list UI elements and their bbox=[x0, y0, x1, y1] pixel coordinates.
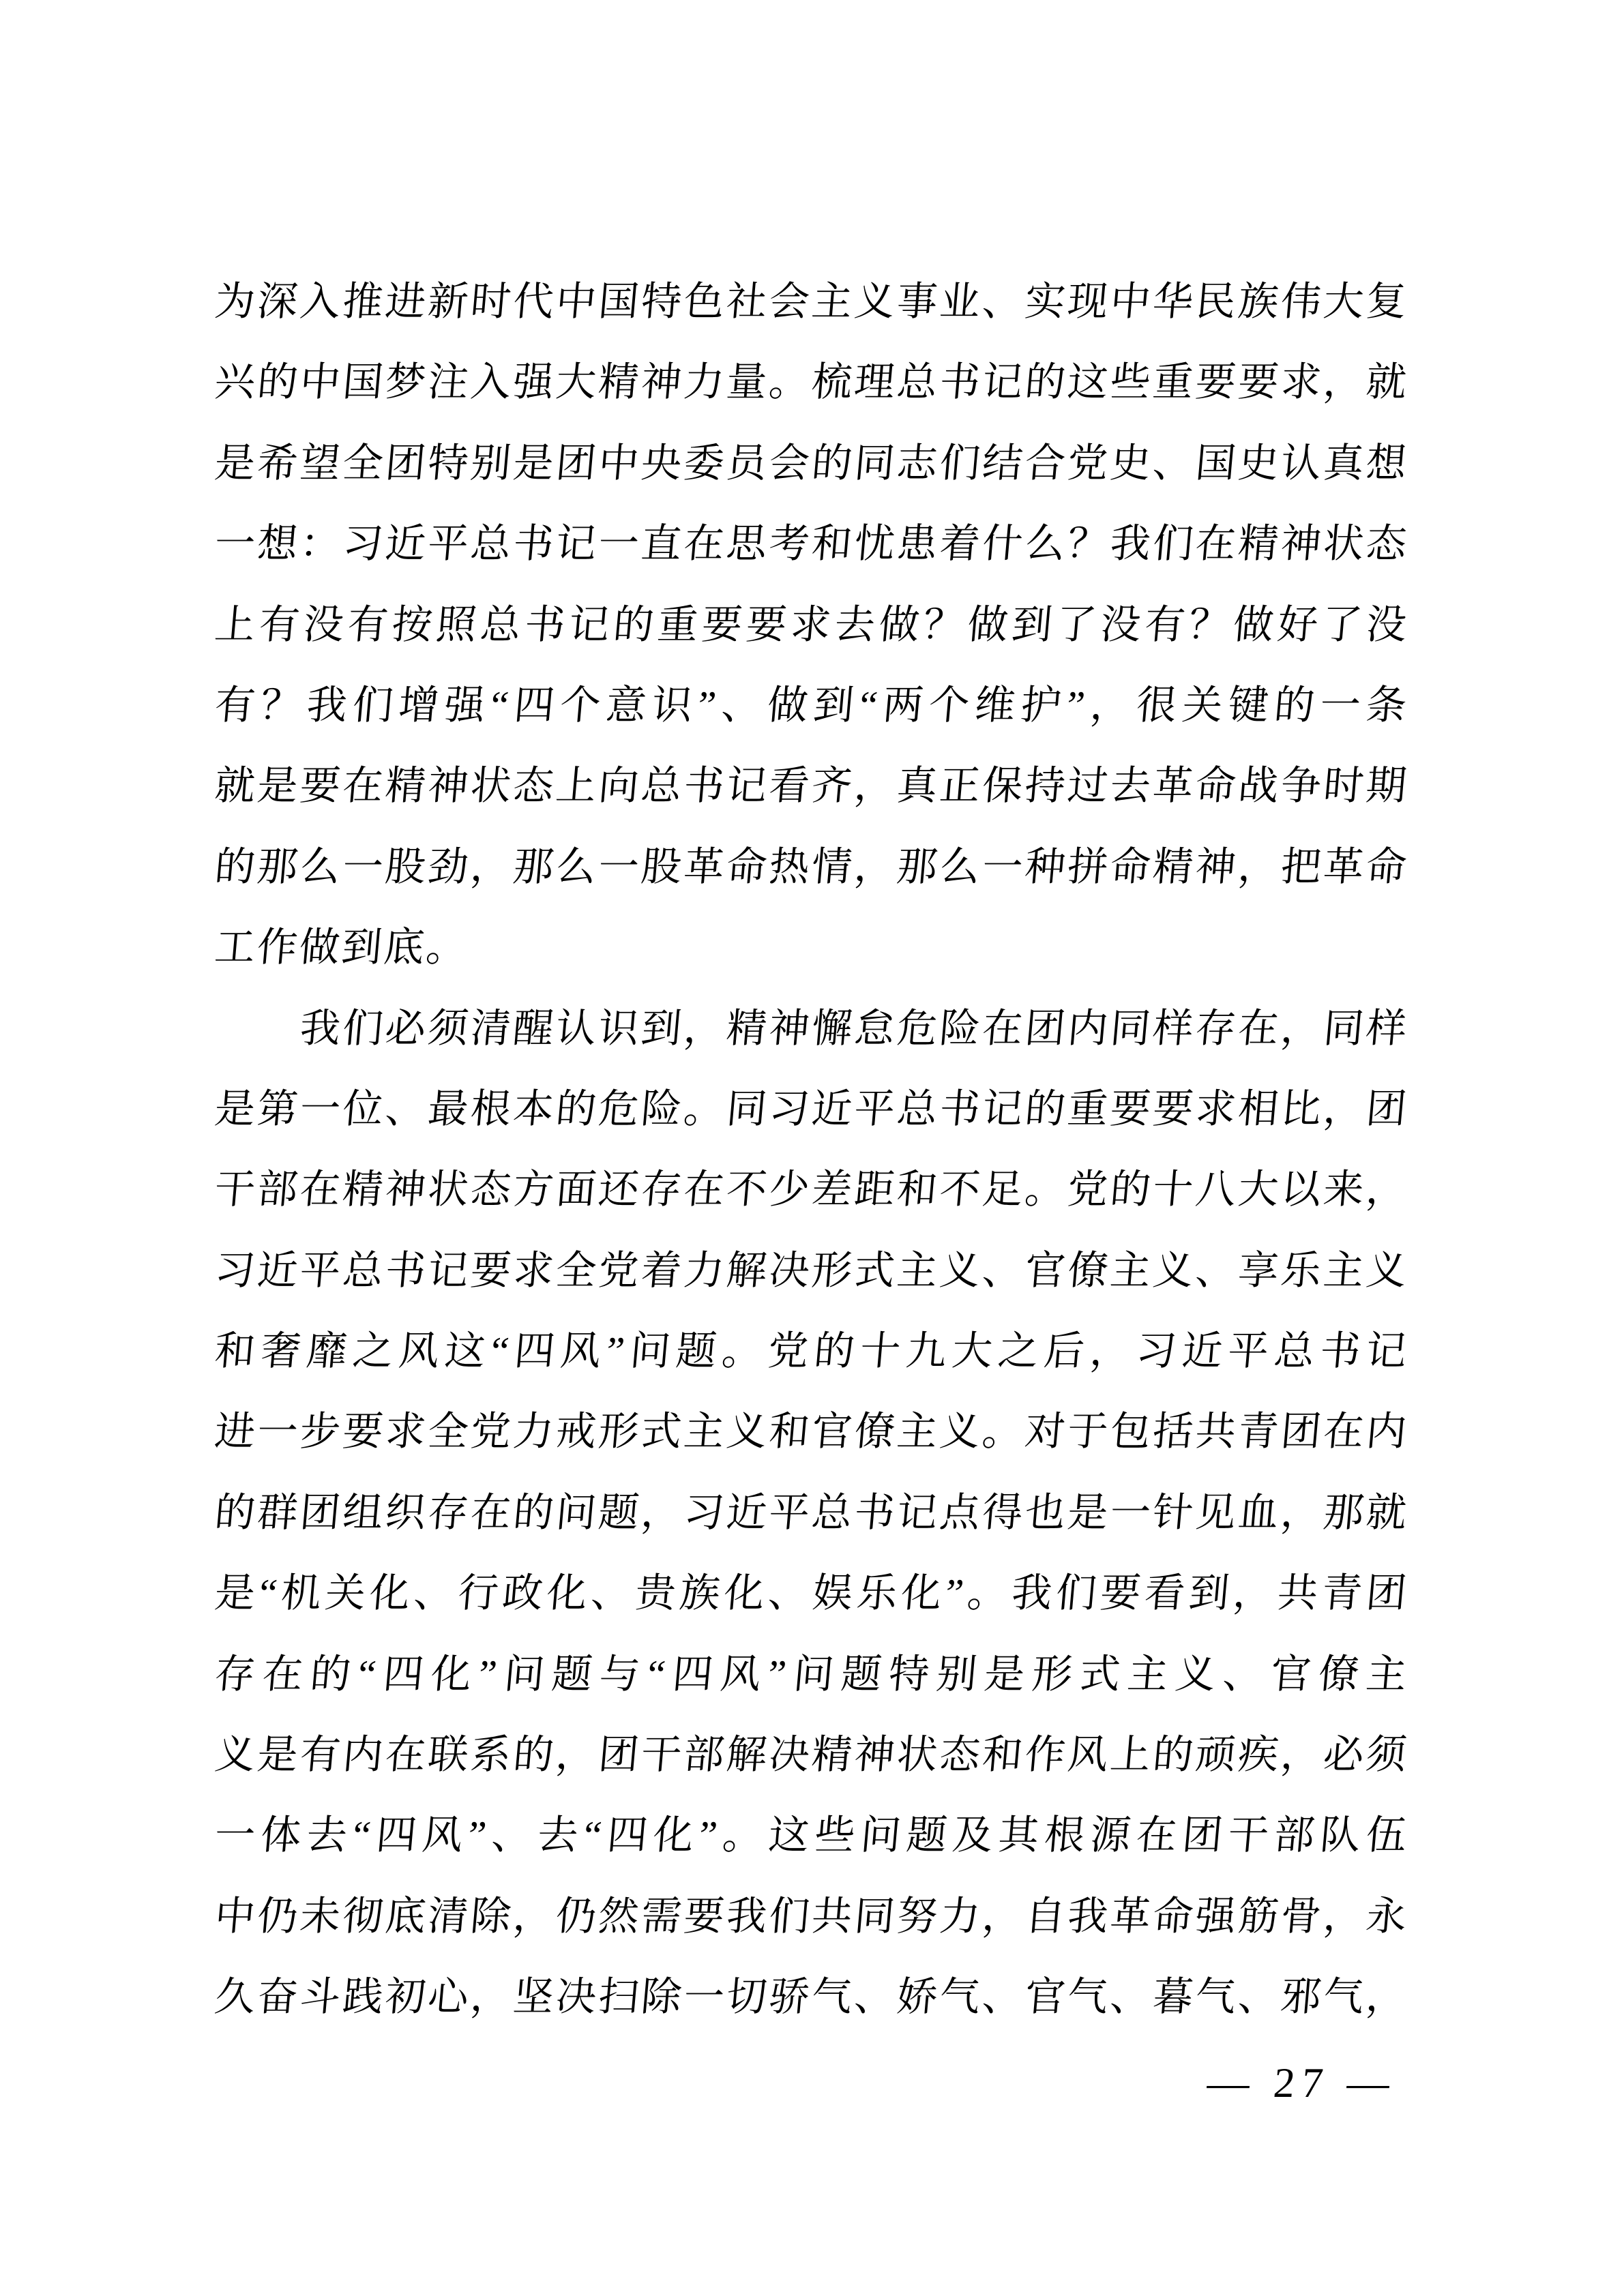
text-line: 就是要在精神状态上向总书记看齐，真正保持过去革命战争时期 bbox=[211, 745, 1412, 826]
text-line: 干部在精神状态方面还存在不少差距和不足。党的十八大以来， bbox=[211, 1149, 1412, 1229]
text-line: 是希望全团特别是团中央委员会的同志们结合党史、国史认真想 bbox=[211, 423, 1412, 503]
text-line: 的那么一股劲，那么一股革命热情，那么一种拼命精神，把革命 bbox=[211, 826, 1412, 907]
text-line: 工作做到底。 bbox=[211, 907, 1412, 987]
text-line: 习近平总书记要求全党着力解决形式主义、官僚主义、享乐主义 bbox=[211, 1230, 1412, 1311]
text-line: 兴的中国梦注入强大精神力量。梳理总书记的这些重要要求，就 bbox=[211, 342, 1412, 422]
text-line: 有？我们增强“四个意识”、做到“两个维护”，很关键的一条 bbox=[211, 665, 1412, 745]
text-line: 的群团组织存在的问题，习近平总书记点得也是一针见血，那就 bbox=[211, 1472, 1412, 1553]
text-line: 久奋斗践初心，坚决扫除一切骄气、娇气、官气、暮气、邪气， bbox=[211, 1956, 1412, 2037]
text-line: 是“机关化、行政化、贵族化、娱乐化”。我们要看到，共青团 bbox=[211, 1553, 1412, 1633]
text-line: 义是有内在联系的，团干部解决精神状态和作风上的顽疾，必须 bbox=[211, 1714, 1412, 1795]
document-page: 为深入推进新时代中国特色社会主义事业、实现中华民族伟大复 兴的中国梦注入强大精神… bbox=[0, 0, 1624, 2296]
text-line: 我们必须清醒认识到，精神懈怠危险在团内同样存在，同样 bbox=[211, 988, 1412, 1069]
page-number: — 27 — bbox=[1205, 2049, 1400, 2117]
text-line: 存在的“四化”问题与“四风”问题特别是形式主义、官僚主 bbox=[211, 1634, 1412, 1714]
text-line: 和奢靡之风这“四风”问题。党的十九大之后，习近平总书记 bbox=[211, 1311, 1412, 1391]
text-line: 进一步要求全党力戒形式主义和官僚主义。对于包括共青团在内 bbox=[211, 1391, 1412, 1472]
text-line: 上有没有按照总书记的重要要求去做？做到了没有？做好了没 bbox=[211, 584, 1412, 665]
text-line: 一想：习近平总书记一直在思考和忧患着什么？我们在精神状态 bbox=[211, 503, 1412, 584]
text-line: 为深入推进新时代中国特色社会主义事业、实现中华民族伟大复 bbox=[211, 261, 1412, 342]
text-line: 是第一位、最根本的危险。同习近平总书记的重要要求相比，团 bbox=[211, 1069, 1412, 1149]
document-body: 为深入推进新时代中国特色社会主义事业、实现中华民族伟大复 兴的中国梦注入强大精神… bbox=[215, 261, 1408, 2038]
text-line: 一体去“四风”、去“四化”。这些问题及其根源在团干部队伍 bbox=[211, 1795, 1412, 1875]
text-line: 中仍未彻底清除，仍然需要我们共同努力，自我革命强筋骨，永 bbox=[211, 1876, 1412, 1956]
